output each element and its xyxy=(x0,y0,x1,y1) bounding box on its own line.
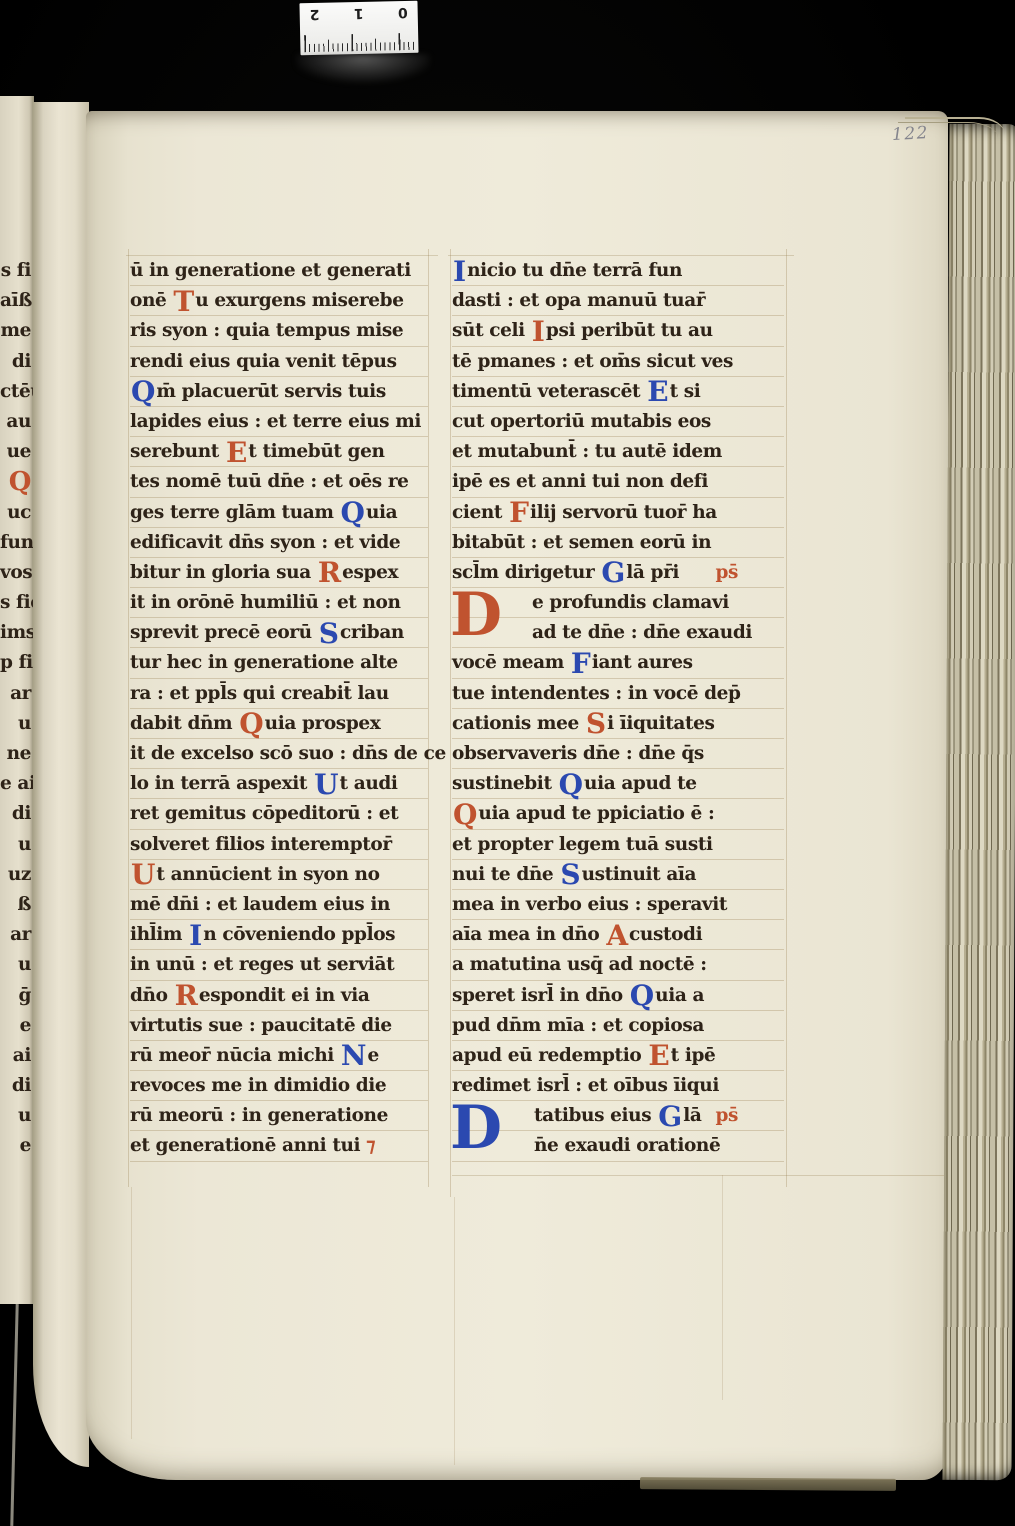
text-line: rū meorū : in generatione xyxy=(130,1101,428,1131)
page-edge-line xyxy=(10,1304,18,1526)
text-line: nui te dn̄e Sustinuit aīa xyxy=(452,860,784,890)
text-line: Quia apud te ppiciatio ē : xyxy=(452,799,784,829)
ruler-tick-marks xyxy=(304,33,414,52)
text-line: aīa mea in dn̄o Acustodi xyxy=(452,920,784,950)
text-line: bitur in gloria sua Respex xyxy=(130,558,428,588)
fragment-text: e ai xyxy=(0,769,34,799)
versal-initial: Q xyxy=(238,707,264,740)
text-span: et mutabunt̄ : tu autē idem xyxy=(452,441,722,462)
text-span: uia apud te xyxy=(584,773,697,794)
text-line: bitabūt : et semen eorū in xyxy=(452,528,784,558)
text-span: cut opertoriū mutabis eos xyxy=(452,411,711,432)
text-line: vocē meam Fiant aures xyxy=(452,648,784,678)
text-span: aīa mea in dn̄o xyxy=(452,924,605,945)
ruler-scale-numbers: 0 1 2 xyxy=(310,4,408,22)
text-line: ra : et ppl̄s qui creabit̄ lau xyxy=(130,679,428,709)
text-line: it de excelso scō suo : dn̄s de ce xyxy=(130,739,428,769)
text-span: lā pr̄i xyxy=(626,562,679,583)
text-column-left: ū in generatione et generationē Tu exurg… xyxy=(130,256,428,1162)
text-line: speret isrl̄ in dn̄o Quia a xyxy=(452,981,784,1011)
text-line: Dtatibus eius Glāps̄ xyxy=(452,1101,784,1131)
text-span: tes nomē tuū dn̄e : et oēs re xyxy=(130,471,409,492)
text-span: cient xyxy=(452,502,508,523)
text-line: tes nomē tuū dn̄e : et oēs re xyxy=(130,467,428,497)
text-line: tur hec in generatione alte xyxy=(130,648,428,678)
versal-initial: Q xyxy=(130,375,156,408)
fragment-text: Q xyxy=(0,467,34,497)
fragment-text: uc xyxy=(0,498,34,528)
text-span: apud eū redemptio xyxy=(452,1045,647,1066)
text-span: tē pmanes : et om̄s sicut ves xyxy=(452,351,733,372)
text-span: dn̄o xyxy=(130,985,174,1006)
text-span: lapides eius : et terre eius mi xyxy=(130,411,421,432)
fragment-text: ḡ xyxy=(0,981,34,1011)
text-line: serebunt Et timebūt gen xyxy=(130,437,428,467)
ruling-vertical xyxy=(128,249,129,1187)
text-line: ret gemitus cōpeditorū : et xyxy=(130,799,428,829)
versal-initial: R xyxy=(174,979,199,1012)
fragment-text: e xyxy=(0,1131,34,1161)
fragment-text: ne xyxy=(0,739,34,769)
versal-initial: N xyxy=(340,1039,368,1072)
text-line: in unū : et reges ut serviāt xyxy=(130,950,428,980)
text-span: e profundis clamavi xyxy=(532,592,729,613)
text-span: nicio tu dn̄e terrā fun xyxy=(467,260,682,281)
facing-page-sliver: s fiaīßmedictēuauueQucfunvoss ficims:p f… xyxy=(0,96,34,1304)
ruling-horizontal xyxy=(452,1175,944,1176)
text-span: sūt celi xyxy=(452,320,531,341)
fragment-text: ue xyxy=(0,437,34,467)
text-span: ū in generatione et generati xyxy=(130,260,411,281)
ruler: 0 1 2 xyxy=(299,1,418,55)
text-span: ps̄ xyxy=(715,558,738,588)
fragment-text: uz xyxy=(0,860,34,890)
text-line: ris syon : quia tempus mise xyxy=(130,316,428,346)
fragment-text: ctēu xyxy=(0,377,34,407)
text-line: ihl̄im In cōveniendo ppl̄os xyxy=(130,920,428,950)
text-line: sūt celi Ipsi peribūt tu au xyxy=(452,316,784,346)
text-span: t annūcient in syon no xyxy=(156,864,379,885)
text-span: e xyxy=(368,1045,379,1066)
text-column-right: Inicio tu dn̄e terrā fundasti : et opa m… xyxy=(452,256,784,1162)
text-span: bitur in gloria sua xyxy=(130,562,317,583)
text-span: mea in verbo eius : speravit xyxy=(452,894,727,915)
text-span: rū meor̄ nūcia michi xyxy=(130,1045,340,1066)
text-line: ipē es et anni tui non defi xyxy=(452,467,784,497)
versal-initial: G xyxy=(657,1100,683,1133)
versal-initial: Q xyxy=(629,979,655,1012)
text-span: et propter legem tuā susti xyxy=(452,834,713,855)
text-line: observaveris dn̄e : dn̄e q̄s xyxy=(452,739,784,769)
versal-initial: I xyxy=(531,315,546,348)
photo-backdrop: 0 1 2 s fiaīßmedictēuauueQucfunvoss fici… xyxy=(0,0,1015,1526)
text-span: uia a xyxy=(655,985,704,1006)
fragment-text: fun xyxy=(0,528,34,558)
text-span: iant aures xyxy=(592,652,693,673)
text-line: mē dn̄i : et laudem eius in xyxy=(130,890,428,920)
text-span: t ipē xyxy=(671,1045,716,1066)
versal-initial: Q xyxy=(452,798,478,831)
binding-edge xyxy=(640,1477,896,1491)
text-span: custodi xyxy=(629,924,702,945)
text-line: sprevit precē eorū Scriban xyxy=(130,618,428,648)
text-line: Ut annūcient in syon no xyxy=(130,860,428,890)
text-span: t timebūt gen xyxy=(248,441,384,462)
text-line: et mutabunt̄ : tu autē idem xyxy=(452,437,784,467)
ruling-vertical xyxy=(722,1175,723,1400)
text-span: u exurgens miserebe xyxy=(195,290,403,311)
versal-initial: U xyxy=(130,858,156,891)
versal-initial: Q xyxy=(340,496,366,529)
text-span: lo in terrā aspexit xyxy=(130,773,313,794)
versal-initial: F xyxy=(570,647,592,680)
text-line: cut opertoriū mutabis eos xyxy=(452,407,784,437)
text-span: a matutina usq̄ ad noctē : xyxy=(452,954,707,975)
text-line: timentū veterascēt Et si xyxy=(452,377,784,407)
versal-initial: S xyxy=(585,707,607,740)
text-span: lā xyxy=(683,1105,701,1126)
fragment-text: au xyxy=(0,407,34,437)
versal-initial: Q xyxy=(558,768,584,801)
text-span: uia prospex xyxy=(265,713,381,734)
text-span: psi peribūt tu au xyxy=(546,320,713,341)
versal-initial: A xyxy=(605,919,629,952)
ruling-vertical xyxy=(131,1187,132,1439)
text-line: tue intendentes : in vocē dep̄ xyxy=(452,679,784,709)
ruler-number: 0 xyxy=(398,4,408,20)
fragment-text: ß xyxy=(0,890,34,920)
text-span: mē dn̄i : et laudem eius in xyxy=(130,894,390,915)
text-line: et generationē anni tui ⁊ xyxy=(130,1131,428,1161)
text-span: ris syon : quia tempus mise xyxy=(130,320,403,341)
fragment-text: u xyxy=(0,950,34,980)
text-span: t si xyxy=(670,381,701,402)
text-span: dasti : et opa manuū tuar̄ xyxy=(452,290,705,311)
text-span: ilij servorū tuor̄ ha xyxy=(530,502,717,523)
text-span: observaveris dn̄e : dn̄e q̄s xyxy=(452,743,704,764)
text-span: serebunt xyxy=(130,441,225,462)
fragment-text: s fi xyxy=(0,256,34,286)
text-line: ū in generatione et generati xyxy=(130,256,428,286)
text-line: apud eū redemptio Et ipē xyxy=(452,1041,784,1071)
text-line: Qm̄ placuerūt servis tuis xyxy=(130,377,428,407)
versal-initial: I xyxy=(188,919,203,952)
text-line: onē Tu exurgens miserebe xyxy=(130,286,428,316)
text-span: rū meorū : in generatione xyxy=(130,1105,388,1126)
fragment-text: u xyxy=(0,1101,34,1131)
fragment-text: vos xyxy=(0,558,34,588)
text-span: m̄ placuerūt servis tuis xyxy=(156,381,385,402)
text-line: solveret filios interemptor̄ xyxy=(130,830,428,860)
fragment-text: u xyxy=(0,830,34,860)
manuscript-page: 122 ū in generatione et generationē Tu e… xyxy=(86,111,948,1480)
fragment-text: p fic xyxy=(0,648,34,678)
text-span: it de excelso scō suo : dn̄s de ce xyxy=(130,743,446,764)
text-span: sprevit precē eorū xyxy=(130,622,318,643)
fragment-text: s fic xyxy=(0,588,34,618)
text-line: it in orōnē humiliū : et non xyxy=(130,588,428,618)
text-line: ges terre glām tuam Quia xyxy=(130,498,428,528)
text-line: dasti : et opa manuū tuar̄ xyxy=(452,286,784,316)
ruling-vertical xyxy=(428,249,429,1187)
text-span: ⁊ xyxy=(366,1135,375,1156)
text-span: vocē meam xyxy=(452,652,570,673)
text-line: ad te dn̄e : dn̄e exaudi xyxy=(452,618,784,648)
text-line: rendi eius quia venit tēpus xyxy=(130,347,428,377)
text-span: t audi xyxy=(340,773,398,794)
text-span: ipē es et anni tui non defi xyxy=(452,471,708,492)
text-span: ps̄ xyxy=(715,1101,738,1131)
fragment-text: u xyxy=(0,709,34,739)
versal-initial: E xyxy=(647,1039,670,1072)
text-span: tue intendentes : in vocē dep̄ xyxy=(452,683,741,704)
fragment-text: di xyxy=(0,1071,34,1101)
text-line: n̄e exaudi orationē xyxy=(452,1131,784,1161)
text-line: a matutina usq̄ ad noctē : xyxy=(452,950,784,980)
text-span: ra : et ppl̄s qui creabit̄ lau xyxy=(130,683,389,704)
ruling-vertical xyxy=(454,1197,455,1465)
versal-initial: E xyxy=(646,375,669,408)
text-span: ret gemitus cōpeditorū : et xyxy=(130,803,398,824)
text-span: rendi eius quia venit tēpus xyxy=(130,351,397,372)
versal-initial: S xyxy=(318,617,340,650)
page-corner-layer xyxy=(898,122,998,173)
versal-initial: F xyxy=(508,496,530,529)
text-span: sustinebit xyxy=(452,773,558,794)
versal-initial: I xyxy=(452,255,467,288)
text-span: i īiquitates xyxy=(607,713,714,734)
text-span: tur hec in generatione alte xyxy=(130,652,398,673)
text-line: cationis mee Si īiquitates xyxy=(452,709,784,739)
text-line: rū meor̄ nūcia michi Ne xyxy=(130,1041,428,1071)
text-line: lo in terrā aspexit Ut audi xyxy=(130,769,428,799)
text-span: bitabūt : et semen eorū in xyxy=(452,532,711,553)
fragment-text: di xyxy=(0,347,34,377)
fragment-text: ar xyxy=(0,920,34,950)
text-span: ihl̄im xyxy=(130,924,188,945)
text-line: virtutis sue : paucitatē die xyxy=(130,1011,428,1041)
text-line: pud dn̄m mīa : et copiosa xyxy=(452,1011,784,1041)
text-span: edificavit dn̄s syon : et vide xyxy=(130,532,400,553)
text-span: et generationē anni tui xyxy=(130,1135,366,1156)
text-line: lapides eius : et terre eius mi xyxy=(130,407,428,437)
text-line: dn̄o Respondit ei in via xyxy=(130,981,428,1011)
text-line: dabit dn̄m Quia prospex xyxy=(130,709,428,739)
versal-initial: S xyxy=(559,858,581,891)
text-line: tē pmanes : et om̄s sicut ves xyxy=(452,347,784,377)
text-span: onē xyxy=(130,290,172,311)
text-span: ustinuit aīa xyxy=(582,864,697,885)
text-span: n̄e exaudi orationē xyxy=(534,1135,720,1156)
ruling-vertical xyxy=(786,249,787,1187)
ruler-number: 2 xyxy=(310,6,320,22)
text-span: speret isrl̄ in dn̄o xyxy=(452,985,629,1006)
text-line: edificavit dn̄s syon : et vide xyxy=(130,528,428,558)
versal-initial: R xyxy=(317,556,342,589)
fragment-text: ar xyxy=(0,679,34,709)
fore-edge-page-stack xyxy=(942,124,1015,1480)
ruler-shadow xyxy=(296,54,430,108)
text-line: sustinebit Quia apud te xyxy=(452,769,784,799)
text-line: cient Filij servorū tuor̄ ha xyxy=(452,498,784,528)
text-span: espondit ei in via xyxy=(199,985,370,1006)
versal-initial: G xyxy=(600,556,626,589)
text-span: uia apud te ppiciatio ē : xyxy=(478,803,714,824)
versal-initial: U xyxy=(313,768,339,801)
fragment-text: e xyxy=(0,1011,34,1041)
text-span: it in orōnē humiliū : et non xyxy=(130,592,401,613)
text-span: solveret filios interemptor̄ xyxy=(130,834,392,855)
text-span: virtutis sue : paucitatē die xyxy=(130,1015,392,1036)
fragment-text: aīß xyxy=(0,286,34,316)
versal-initial: E xyxy=(225,436,248,469)
fragment-text: me xyxy=(0,316,34,346)
text-span: cationis mee xyxy=(452,713,585,734)
text-span: nui te dn̄e xyxy=(452,864,559,885)
book-gutter xyxy=(33,102,89,1467)
text-span: dabit dn̄m xyxy=(130,713,238,734)
text-line: revoces me in dimidio die xyxy=(130,1071,428,1101)
text-span: criban xyxy=(340,622,404,643)
ruler-number: 1 xyxy=(354,5,364,21)
text-span: revoces me in dimidio die xyxy=(130,1075,386,1096)
text-span: tatibus eius xyxy=(534,1105,657,1126)
text-span: timentū veterascēt xyxy=(452,381,646,402)
text-span: espex xyxy=(342,562,398,583)
text-line: mea in verbo eius : speravit xyxy=(452,890,784,920)
text-span: in unū : et reges ut serviāt xyxy=(130,954,394,975)
text-span: ad te dn̄e : dn̄e exaudi xyxy=(532,622,752,643)
fragment-text: ai xyxy=(0,1041,34,1071)
text-span: uia xyxy=(366,502,397,523)
text-span: ges terre glām tuam xyxy=(130,502,340,523)
text-line: Inicio tu dn̄e terrā fun xyxy=(452,256,784,286)
facing-page-text-fragments: s fiaīßmedictēuauueQucfunvoss ficims:p f… xyxy=(0,256,34,1162)
text-span: n cōveniendo ppl̄os xyxy=(203,924,395,945)
ruling-vertical xyxy=(450,249,451,1197)
text-span: pud dn̄m mīa : et copiosa xyxy=(452,1015,704,1036)
text-line: et propter legem tuā susti xyxy=(452,830,784,860)
fragment-text: di xyxy=(0,799,34,829)
text-line: De profundis clamavi xyxy=(452,588,784,618)
fragment-text: ims: xyxy=(0,618,34,648)
versal-initial: T xyxy=(172,285,195,318)
